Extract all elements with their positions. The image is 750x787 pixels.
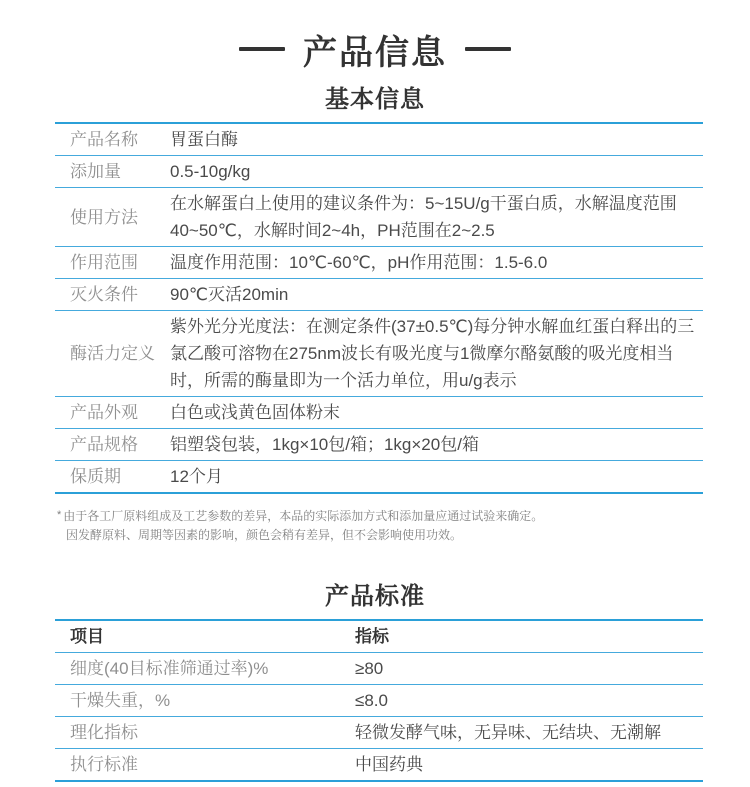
row-label: 保质期 bbox=[55, 461, 170, 494]
row-value: 中国药典 bbox=[355, 749, 703, 782]
title-dash-right-icon bbox=[465, 47, 511, 51]
row-label: 执行标准 bbox=[55, 749, 355, 782]
table-header-row: 项目 指标 bbox=[55, 620, 703, 653]
column-header-indicator: 指标 bbox=[355, 620, 703, 653]
row-value: 轻微发酵气味，无异味、无结块、无潮解 bbox=[355, 717, 703, 749]
footnote-line-2: 因发酵原料、周期等因素的影响，颜色会稍有差异，但不会影响使用功效。 bbox=[57, 526, 703, 545]
row-label: 添加量 bbox=[55, 156, 170, 188]
row-value: 0.5-10g/kg bbox=[170, 156, 703, 188]
table-row: 添加量 0.5-10g/kg bbox=[55, 156, 703, 188]
row-label: 灭火条件 bbox=[55, 279, 170, 311]
table-row: 使用方法 在水解蛋白上使用的建议条件为：5~15U/g干蛋白质，水解温度范围40… bbox=[55, 188, 703, 247]
table-row: 理化指标 轻微发酵气味，无异味、无结块、无潮解 bbox=[55, 717, 703, 749]
row-label: 干燥失重，% bbox=[55, 685, 355, 717]
table-row: 灭火条件 90℃灭活20min bbox=[55, 279, 703, 311]
product-info-page: 产品信息 基本信息 产品名称 胃蛋白酶 添加量 0.5-10g/kg 使用方法 … bbox=[0, 26, 750, 782]
row-label: 使用方法 bbox=[55, 188, 170, 247]
section-title-product-standard: 产品标准 bbox=[0, 582, 750, 612]
row-value: 90℃灭活20min bbox=[170, 279, 703, 311]
basic-info-table: 产品名称 胃蛋白酶 添加量 0.5-10g/kg 使用方法 在水解蛋白上使用的建… bbox=[55, 122, 703, 494]
row-value: 白色或浅黄色固体粉末 bbox=[170, 397, 703, 429]
row-label: 产品名称 bbox=[55, 123, 170, 156]
table-row: 干燥失重，% ≤8.0 bbox=[55, 685, 703, 717]
footnote: *由于各工厂原料组成及工艺参数的差异，本品的实际添加方式和添加量应通过试验来确定… bbox=[57, 506, 703, 545]
table-row: 产品名称 胃蛋白酶 bbox=[55, 123, 703, 156]
product-standard-table: 项目 指标 细度(40目标准筛通过率)% ≥80 干燥失重，% ≤8.0 理化指… bbox=[55, 619, 703, 782]
row-label: 产品外观 bbox=[55, 397, 170, 429]
row-value: 温度作用范围：10℃-60℃，pH作用范围：1.5-6.0 bbox=[170, 247, 703, 279]
row-label: 酶活力定义 bbox=[55, 311, 170, 397]
row-value: 12个月 bbox=[170, 461, 703, 494]
section-title-basic-info: 基本信息 bbox=[0, 85, 750, 115]
footnote-line-1: *由于各工厂原料组成及工艺参数的差异，本品的实际添加方式和添加量应通过试验来确定… bbox=[57, 506, 703, 526]
row-label: 产品规格 bbox=[55, 429, 170, 461]
row-value: 胃蛋白酶 bbox=[170, 123, 703, 156]
table-row: 产品规格 铝塑袋包装，1kg×10包/箱；1kg×20包/箱 bbox=[55, 429, 703, 461]
row-value: 铝塑袋包装，1kg×10包/箱；1kg×20包/箱 bbox=[170, 429, 703, 461]
column-header-item: 项目 bbox=[55, 620, 355, 653]
table-row: 保质期 12个月 bbox=[55, 461, 703, 494]
row-value: ≥80 bbox=[355, 653, 703, 685]
title-dash-left-icon bbox=[239, 47, 285, 51]
row-label: 作用范围 bbox=[55, 247, 170, 279]
row-label: 理化指标 bbox=[55, 717, 355, 749]
table-row: 执行标准 中国药典 bbox=[55, 749, 703, 782]
table-row: 细度(40目标准筛通过率)% ≥80 bbox=[55, 653, 703, 685]
row-label: 细度(40目标准筛通过率)% bbox=[55, 653, 355, 685]
table-row: 作用范围 温度作用范围：10℃-60℃，pH作用范围：1.5-6.0 bbox=[55, 247, 703, 279]
table-row: 酶活力定义 紫外光分光度法：在测定条件(37±0.5℃)每分钟水解血红蛋白释出的… bbox=[55, 311, 703, 397]
page-title: 产品信息 bbox=[0, 26, 750, 72]
row-value: 紫外光分光度法：在测定条件(37±0.5℃)每分钟水解血红蛋白释出的三氯乙酸可溶… bbox=[170, 311, 703, 397]
table-row: 产品外观 白色或浅黄色固体粉末 bbox=[55, 397, 703, 429]
footnote-line-1-text: 由于各工厂原料组成及工艺参数的差异，本品的实际添加方式和添加量应通过试验来确定。 bbox=[63, 509, 543, 523]
row-value: ≤8.0 bbox=[355, 685, 703, 717]
page-title-text: 产品信息 bbox=[303, 25, 447, 74]
footnote-asterisk: * bbox=[57, 509, 61, 521]
row-value: 在水解蛋白上使用的建议条件为：5~15U/g干蛋白质，水解温度范围40~50℃，… bbox=[170, 188, 703, 247]
